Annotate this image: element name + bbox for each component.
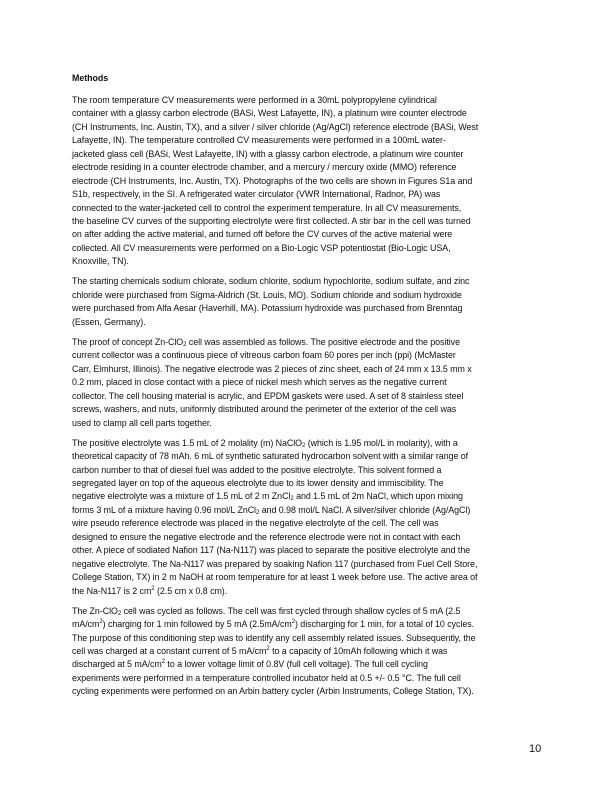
text-line: The Zn-ClO2 cell was cycled as follows. … [72,605,542,618]
text-line: carbon number to that of diesel fuel was… [72,464,542,477]
text-line: negative electrolyte was a mixture of 1.… [72,490,542,503]
page-number: 10 [529,743,541,755]
text-line: were purchased from Alfa Aesar (Haverhil… [72,302,542,315]
text-line: (CH Instruments, Inc. Austin, TX), and a… [72,121,542,134]
text-line: mA/cm2) charging for 1 min followed by 5… [72,618,542,631]
paragraph: The positive electrolyte was 1.5 mL of 2… [72,437,542,598]
text-line: connected to the water-jacketed cell to … [72,202,542,215]
text-line: collected. All CV measurements were perf… [72,242,542,255]
text-line: The positive electrolyte was 1.5 mL of 2… [72,437,542,450]
text-line: on after adding the active material, and… [72,228,542,241]
text-line: used to clamp all cell parts together. [72,417,542,430]
text-line: Carr, Elmhurst, Illinois). The negative … [72,363,542,376]
superscript: 2 [151,586,154,592]
text-line: The room temperature CV measurements wer… [72,94,542,107]
section-heading-methods: Methods [72,72,542,85]
superscript: 2 [292,619,295,625]
text-line: theoretical capacity of 78 mAh. 6 mL of … [72,450,542,463]
text-line: (Essen, Germany). [72,316,542,329]
paragraph: The room temperature CV measurements wer… [72,94,542,269]
text-line: Knoxville, TN). [72,255,542,268]
paragraph: The proof of concept Zn-ClO2 cell was as… [72,336,542,430]
text-line: other. A piece of sodiated Nafion 117 (N… [72,544,542,557]
text-line: negative electrolyte. The Na-N117 was pr… [72,558,542,571]
text-line: S1b, respectively, in the SI. A refriger… [72,188,542,201]
text-line: The purpose of this conditioning step wa… [72,632,542,645]
text-line: cycling experiments were performed on an… [72,685,542,698]
subscript: 2 [118,611,121,617]
superscript: 2 [162,659,165,665]
text-line: The starting chemicals sodium chlorate, … [72,275,542,288]
text-line: designed to ensure the negative electrod… [72,531,542,544]
text-line: container with a glassy carbon electrode… [72,107,542,120]
text-line: 0.2 mm, placed in close contact with a p… [72,376,542,389]
text-line: the Na-N117 is 2 cm2 (2.5 cm x 0.8 cm). [72,585,542,598]
text-line: forms 3 mL of a mixture having 0.96 mol/… [72,504,542,517]
text-line: the baseline CV curves of the supporting… [72,215,542,228]
subscript: 2 [290,496,293,502]
document-page: Methods The room temperature CV measurem… [72,72,542,705]
superscript: 2 [266,646,269,652]
text-line: discharged at 5 mA/cm2 to a lower voltag… [72,658,542,671]
superscript: 2 [99,619,102,625]
text-line: electrode residing in a counter electrod… [72,161,542,174]
text-line: experiments were performed in a temperat… [72,672,542,685]
body-paragraphs: The room temperature CV measurements wer… [72,94,542,699]
paragraph: The Zn-ClO2 cell was cycled as follows. … [72,605,542,699]
text-line: segregated layer on top of the aqueous e… [72,477,542,490]
subscript: 2 [183,342,186,348]
text-line: Lafayette, IN). The temperature controll… [72,134,542,147]
text-line: wire pseudo reference electrode was plac… [72,517,542,530]
text-line: electrode (CH Instruments, Inc. Austin, … [72,175,542,188]
text-line: College Station, TX) in 2 m NaOH at room… [72,571,542,584]
text-line: chloride were purchased from Sigma-Aldri… [72,289,542,302]
text-line: The proof of concept Zn-ClO2 cell was as… [72,336,542,349]
subscript: 2 [256,510,259,516]
text-line: collector. The cell housing material is … [72,390,542,403]
text-line: cell was charged at a constant current o… [72,645,542,658]
text-line: screws, washers, and nuts, uniformly dis… [72,403,542,416]
text-line: current collector was a continuous piece… [72,349,542,362]
text-line: jacketed glass cell (BASi, West Lafayett… [72,148,542,161]
paragraph: The starting chemicals sodium chlorate, … [72,275,542,329]
subscript: 2 [302,443,305,449]
